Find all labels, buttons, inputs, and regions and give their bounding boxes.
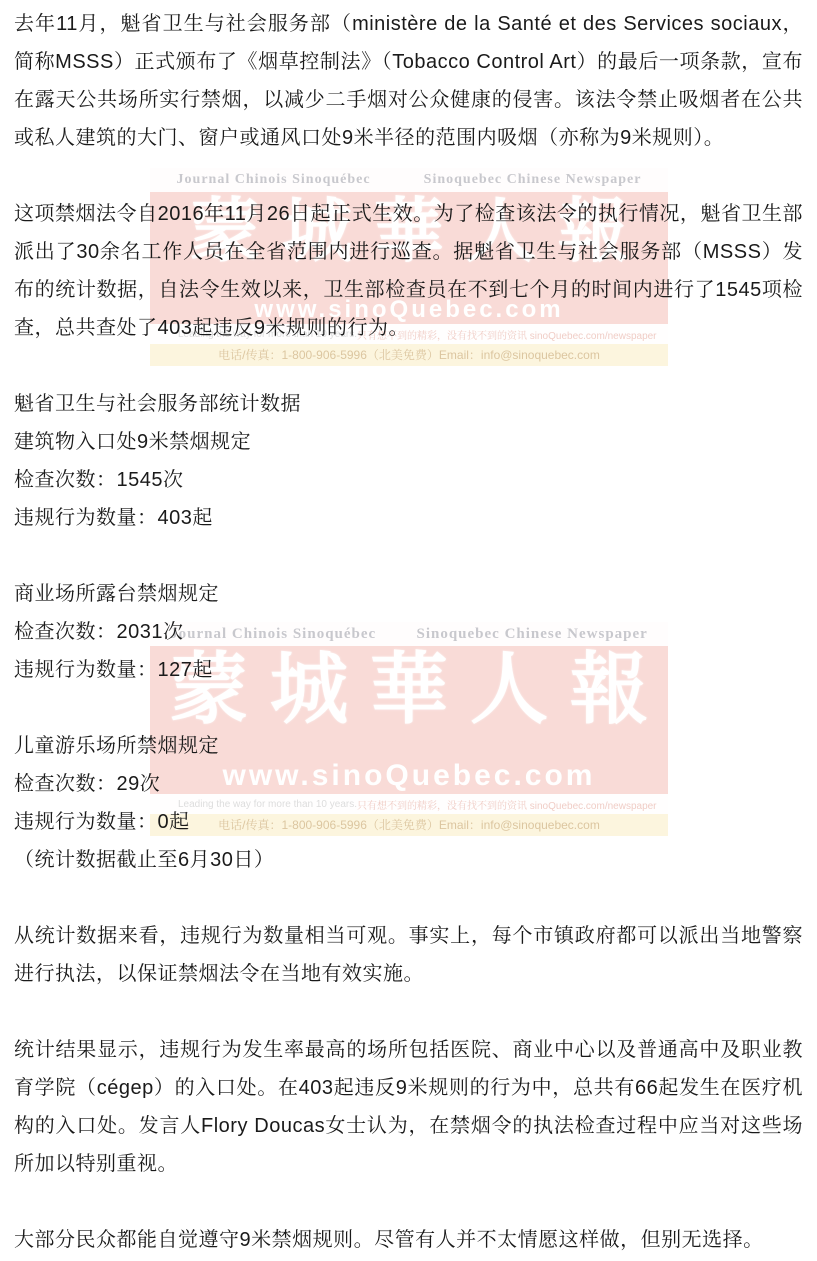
paragraph-block: 去年11月，魁省卫生与社会服务部（ministère de la Santé e…: [14, 5, 803, 157]
text-line: 商业场所露台禁烟规定: [14, 575, 803, 613]
paragraph-block: 商业场所露台禁烟规定检查次数：2031次违规行为数量：127起: [14, 575, 803, 689]
text-line: 违规行为数量：0起: [14, 803, 803, 841]
article-page: Journal Chinois Sinoquébec Sinoquebec Ch…: [0, 0, 817, 1261]
text-line: 魁省卫生与社会服务部统计数据: [14, 385, 803, 423]
paragraph-block: 这项禁烟法令自2016年11月26日起正式生效。为了检查该法令的执行情况，魁省卫…: [14, 195, 803, 347]
paragraph-block: 大部分民众都能自觉遵守9米禁烟规则。尽管有人并不太情愿这样做，但别无选择。: [14, 1221, 803, 1259]
text-line: 去年11月，魁省卫生与社会服务部（ministère de la Santé e…: [14, 5, 803, 157]
paragraph-block: 从统计数据来看，违规行为数量相当可观。事实上，每个市镇政府都可以派出当地警察进行…: [14, 917, 803, 993]
text-line: 检查次数：1545次: [14, 461, 803, 499]
text-line: 统计结果显示，违规行为发生率最高的场所包括医院、商业中心以及普通高中及职业教育学…: [14, 1031, 803, 1183]
text-line: 这项禁烟法令自2016年11月26日起正式生效。为了检查该法令的执行情况，魁省卫…: [14, 195, 803, 347]
paragraph-block: 儿童游乐场所禁烟规定检查次数：29次违规行为数量：0起（统计数据截止至6月30日…: [14, 727, 803, 879]
text-line: 大部分民众都能自觉遵守9米禁烟规则。尽管有人并不太情愿这样做，但别无选择。: [14, 1221, 803, 1259]
text-line: 违规行为数量：403起: [14, 499, 803, 537]
text-line: 检查次数：29次: [14, 765, 803, 803]
article-body: 去年11月，魁省卫生与社会服务部（ministère de la Santé e…: [0, 0, 817, 1259]
paragraph-block: 统计结果显示，违规行为发生率最高的场所包括医院、商业中心以及普通高中及职业教育学…: [14, 1031, 803, 1183]
text-line: 儿童游乐场所禁烟规定: [14, 727, 803, 765]
paragraph-block: 魁省卫生与社会服务部统计数据建筑物入口处9米禁烟规定检查次数：1545次违规行为…: [14, 385, 803, 537]
text-line: （统计数据截止至6月30日）: [14, 841, 803, 879]
text-line: 违规行为数量：127起: [14, 651, 803, 689]
text-line: 建筑物入口处9米禁烟规定: [14, 423, 803, 461]
text-line: 检查次数：2031次: [14, 613, 803, 651]
text-line: 从统计数据来看，违规行为数量相当可观。事实上，每个市镇政府都可以派出当地警察进行…: [14, 917, 803, 993]
